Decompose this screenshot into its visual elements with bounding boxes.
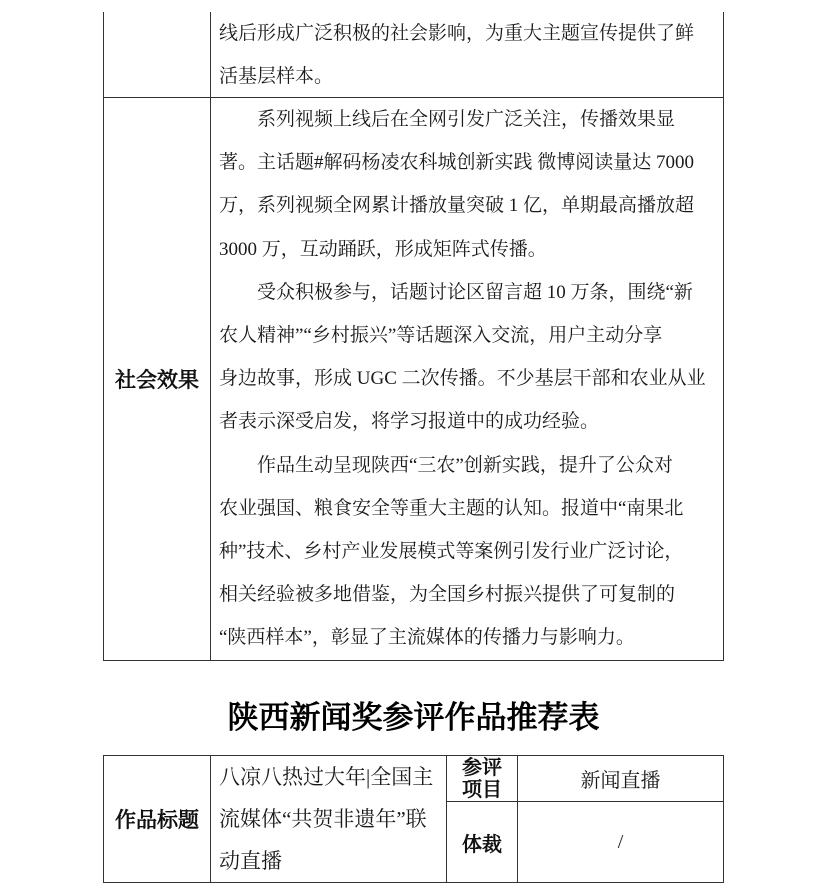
- entry-category-label-cell: 参评项目: [447, 756, 518, 801]
- text-line: 著。主话题#解码杨凌农科城创新实践 微博阅读量达 7000: [219, 141, 714, 184]
- table-row-social-effect: 社会效果 系列视频上线后在全网引发广泛关注，传播效果显著。主话题#解码杨凌农科城…: [104, 98, 723, 660]
- social-effect-text-cell: 系列视频上线后在全网引发广泛关注，传播效果显著。主话题#解码杨凌农科城创新实践 …: [211, 98, 723, 660]
- text-line: 受众积极参与，话题讨论区留言超 10 万条，围绕“新: [219, 271, 714, 314]
- document-page: 线后形成广泛积极的社会影响，为重大主题宣传提供了鲜活基层样本。 社会效果 系列视…: [0, 0, 827, 894]
- text-line: 农人精神”“乡村振兴”等话题深入交流，用户主动分享: [219, 314, 714, 357]
- text-line: 流媒体“共贺非遗年”联: [219, 798, 438, 840]
- work-title-label-cell: 作品标题: [104, 756, 211, 882]
- text-line: 系列视频上线后在全网引发广泛关注，传播效果显: [219, 98, 714, 141]
- text-line: 活基层样本。: [219, 55, 714, 97]
- work-title-value-cell: 八凉八热过大年|全国主流媒体“共贺非遗年”联动直播: [211, 756, 447, 882]
- text-line: 种”技术、乡村产业发展模式等案例引发行业广泛讨论，: [219, 530, 714, 573]
- genre-value: /: [618, 831, 624, 854]
- text-line: 线后形成广泛积极的社会影响，为重大主题宣传提供了鲜: [219, 12, 714, 55]
- entry-info-table: 作品标题 八凉八热过大年|全国主流媒体“共贺非遗年”联动直播 参评项目 新闻直播…: [103, 755, 724, 883]
- row-label-cell: 社会效果: [104, 98, 211, 660]
- text-line: 3000 万，互动踊跃，形成矩阵式传播。: [219, 228, 714, 271]
- text-line: 八凉八热过大年|全国主: [219, 756, 438, 798]
- text-line: 项目: [462, 779, 502, 801]
- text-line: 农业强国、粮食安全等重大主题的认知。报道中“南果北: [219, 487, 714, 530]
- entry-category-row: 参评项目 新闻直播: [447, 756, 723, 802]
- entry-category-value: 新闻直播: [581, 764, 661, 793]
- genre-label-cell: 体裁: [447, 802, 518, 882]
- genre-label: 体裁: [462, 828, 502, 857]
- text-line: 参评: [462, 757, 502, 779]
- text-line: 相关经验被多地借鉴，为全国乡村振兴提供了可复制的: [219, 573, 714, 616]
- text-line: 作品生动呈现陕西“三农”创新实践，提升了公众对: [219, 444, 714, 487]
- text-line: 身边故事，形成 UGC 二次传播。不少基层干部和农业从业: [219, 357, 714, 400]
- table-row-continuation: 线后形成广泛积极的社会影响，为重大主题宣传提供了鲜活基层样本。: [104, 12, 723, 98]
- effect-table: 线后形成广泛积极的社会影响，为重大主题宣传提供了鲜活基层样本。 社会效果 系列视…: [103, 12, 724, 661]
- text-line: 动直播: [219, 840, 438, 882]
- row-label-cell-empty: [104, 12, 211, 97]
- genre-value-cell: /: [518, 802, 723, 882]
- text-line: “陕西样本”，彰显了主流媒体的传播力与影响力。: [219, 616, 714, 659]
- social-effect-label: 社会效果: [115, 364, 199, 394]
- text-line: 者表示深受启发，将学习报道中的成功经验。: [219, 400, 714, 443]
- continuation-text-cell: 线后形成广泛积极的社会影响，为重大主题宣传提供了鲜活基层样本。: [211, 12, 723, 97]
- entry-category-value-cell: 新闻直播: [518, 756, 723, 801]
- work-title-label: 作品标题: [115, 804, 199, 834]
- page-title: 陕西新闻奖参评作品推荐表: [103, 698, 724, 738]
- genre-row: 体裁 /: [447, 802, 723, 882]
- entry-right-columns: 参评项目 新闻直播 体裁 /: [447, 756, 723, 882]
- text-line: 万，系列视频全网累计播放量突破 1 亿，单期最高播放超: [219, 184, 714, 227]
